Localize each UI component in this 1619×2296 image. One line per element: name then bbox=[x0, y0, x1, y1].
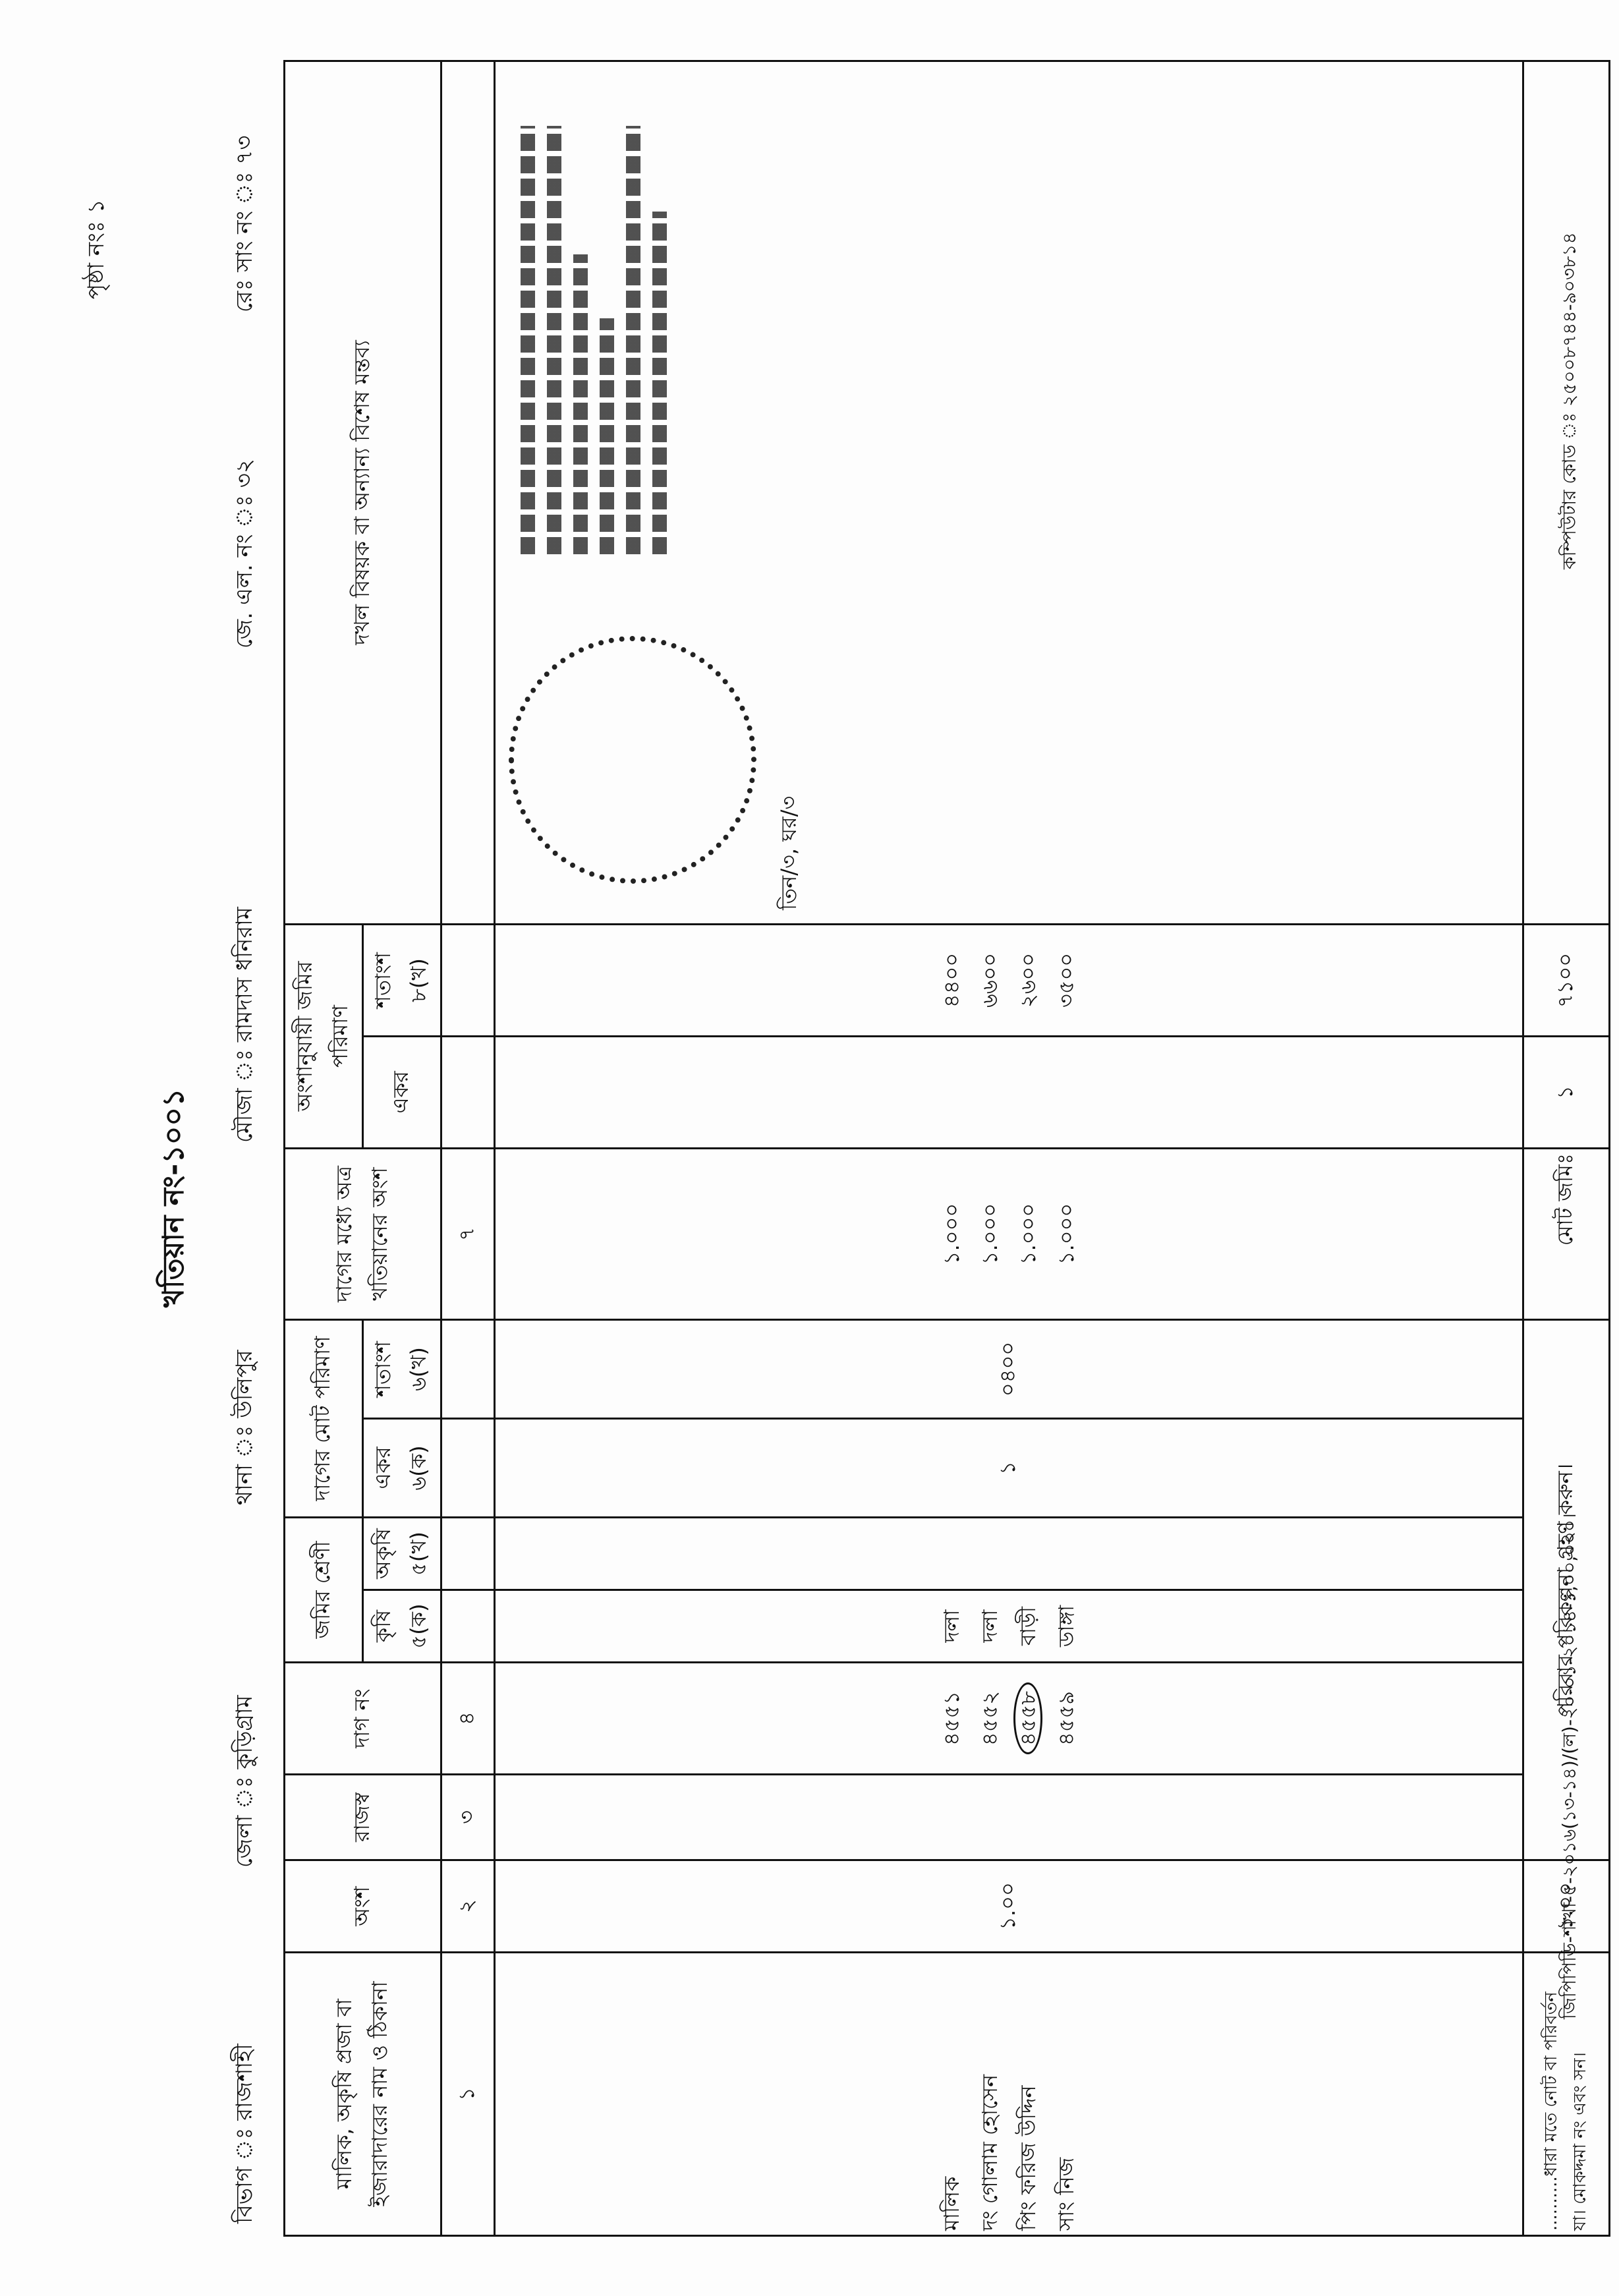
dag-share-value: ১.০০০ bbox=[1047, 1153, 1085, 1315]
land-class-value: বাড়ী bbox=[1009, 1595, 1047, 1657]
dag-total-decimal: ০৪০০ bbox=[991, 1325, 1027, 1414]
jl-number-field: জে. এল. নং ঃ ৩২ bbox=[227, 459, 265, 648]
colnum: ৪ bbox=[441, 1663, 495, 1775]
col-land-class: জমির শ্রেণী bbox=[285, 1517, 363, 1662]
col-nonagri: অকৃষি ৫(খ) bbox=[363, 1517, 441, 1590]
share-value: ১.০০ bbox=[991, 1865, 1027, 1947]
dag-number: ৪৫৫১ bbox=[932, 1667, 971, 1769]
dag-share-cell: ১.০০০১.০০০১.০০০১.০০০ bbox=[495, 1148, 1523, 1319]
remark-note: তিন/৩, ঘর/৩ bbox=[772, 796, 808, 910]
col-agri: কৃষি ৫(ক) bbox=[363, 1590, 441, 1663]
col-decimal-6kh: শতাংশ ৬(খ) bbox=[363, 1319, 441, 1418]
dag-total-acre: ১ bbox=[991, 1423, 1027, 1512]
colnum bbox=[441, 1418, 495, 1517]
computer-code: কম্পিউটার কোড ঃ ২৫০০৮৭৪৪-৯০৩৮১৪ bbox=[1555, 232, 1586, 569]
record-row: মালিক দং গোলাম হোসেন পিং ফরিজ উদ্দিন সাং… bbox=[495, 61, 1523, 2235]
decimal-value: ৬৬০০ bbox=[971, 929, 1009, 1031]
colnum bbox=[441, 1517, 495, 1590]
colnum bbox=[441, 1319, 495, 1418]
col-revenue: রাজস্ব bbox=[285, 1775, 441, 1860]
dag-total-acre-cell: ১ bbox=[495, 1418, 1523, 1517]
colnum: ৭ bbox=[441, 1148, 495, 1319]
colnum bbox=[441, 1590, 495, 1663]
land-class-value: দলা bbox=[971, 1595, 1009, 1657]
colnum bbox=[441, 1036, 495, 1148]
decimal-value: ৩৫০০ bbox=[1047, 929, 1085, 1031]
land-class-cell: দলাদলাবাড়ীডাঙ্গা bbox=[495, 1590, 1523, 1663]
col-remarks: দখল বিষয়ক বা অন্যান্য বিশেষ মন্তব্য bbox=[285, 61, 441, 924]
total-land-label: মোট জমিঃ bbox=[1523, 1148, 1610, 1319]
khatian-page: পৃষ্ঠা নংঃ ১ খতিয়ান নং-১০০১ বিভাগ ঃ রাজ… bbox=[0, 0, 1619, 2296]
acre-cell bbox=[495, 1036, 1523, 1148]
colnum: ৩ bbox=[441, 1775, 495, 1860]
colnum: ২ bbox=[441, 1860, 495, 1953]
land-class-value: ডাঙ্গা bbox=[1047, 1595, 1085, 1657]
header-row: মালিক, অকৃষি প্রজা বা ইজারাদারের নাম ও ঠ… bbox=[285, 61, 363, 2235]
document-title: খতিয়ান নং-১০০১ bbox=[152, 1088, 200, 1307]
dag-share-value: ১.০০০ bbox=[1009, 1153, 1047, 1315]
col-owner: মালিক, অকৃষি প্রজা বা ইজারাদারের নাম ও ঠ… bbox=[285, 1953, 441, 2236]
total-decimal: ৭১০০ bbox=[1523, 924, 1610, 1036]
dag-share-value: ১.০০০ bbox=[932, 1153, 971, 1315]
col-share: অংশ bbox=[285, 1860, 441, 1953]
decimal-value: ৪৪০০ bbox=[932, 929, 971, 1031]
dag-number: ৪৫৫৯ bbox=[1047, 1667, 1085, 1769]
district-field: জেলা ঃ কুড়িগ্রাম bbox=[227, 1695, 265, 1868]
decimal-cell: ৪৪০০৬৬০০২৬০০৩৫০০ bbox=[495, 924, 1523, 1036]
page-number: পৃষ্ঠা নংঃ ১ bbox=[79, 199, 117, 299]
total-acre: ১ bbox=[1523, 1036, 1610, 1148]
dag-cell: ৪৫৫১৪৫৫২৪৫৫৮৪৫৫৯ bbox=[495, 1663, 1523, 1775]
revenue-cell bbox=[495, 1775, 1523, 1860]
owner-name: দং গোলাম হোসেন bbox=[971, 1957, 1009, 2231]
dag-number: ৪৫৫৮ bbox=[1009, 1667, 1047, 1769]
thana-field: থানা ঃ উলিপুর bbox=[227, 1350, 265, 1505]
col-acre: একর bbox=[363, 1036, 441, 1148]
share-cell: ১.০০ bbox=[495, 1860, 1523, 1953]
owner-address: সাং নিজ bbox=[1047, 1957, 1085, 2231]
remarks-cell: তিন/৩, ঘর/৩ bbox=[495, 61, 1523, 924]
colnum bbox=[441, 61, 495, 924]
dag-total-decimal-cell: ০৪০০ bbox=[495, 1319, 1523, 1418]
dag-share-value: ১.০০০ bbox=[971, 1153, 1009, 1315]
khatian-table: মালিক, অকৃষি প্রজা বা ইজারাদারের নাম ও ঠ… bbox=[283, 60, 1610, 2237]
col-decimal-8kh: শতাংশ ৮(খ) bbox=[363, 924, 441, 1036]
colnum bbox=[441, 924, 495, 1036]
col-dag-total: দাগের মোট পরিমাণ bbox=[285, 1319, 363, 1517]
land-class-value: দলা bbox=[932, 1595, 971, 1657]
print-code: জিপিপিডি-শাখা-৫-২০১৬(১৩-১৪)/(ল)-২০-০১-২০… bbox=[1555, 1513, 1586, 2019]
owner-label: মালিক bbox=[932, 1957, 971, 2231]
owner-cell: মালিক দং গোলাম হোসেন পিং ফরিজ উদ্দিন সাং… bbox=[495, 1953, 1523, 2236]
col-acre-6k: একর ৬(ক) bbox=[363, 1418, 441, 1517]
colnum: ১ bbox=[441, 1953, 495, 2236]
nonagri-cell bbox=[495, 1517, 1523, 1590]
division-field: বিভাগ ঃ রাজশাহী bbox=[227, 2044, 265, 2224]
official-seal-stamp bbox=[509, 636, 756, 884]
signature-block bbox=[509, 126, 679, 554]
re-sa-number-field: রেঃ সাং নং ঃ ৭৩ bbox=[227, 135, 265, 312]
col-proportional: অংশানুযায়ী জমির পরিমাণ bbox=[285, 924, 363, 1148]
owner-father: পিং ফরিজ উদ্দিন bbox=[1009, 1957, 1047, 2231]
decimal-value: ২৬০০ bbox=[1009, 929, 1047, 1031]
col-dag-no: দাগ নং bbox=[285, 1663, 441, 1775]
col-dag-share: দাগের মধ্যে অত্র খতিয়ানের অংশ bbox=[285, 1148, 441, 1319]
mouza-field: মৌজা ঃ রামদাস ধনিরাম bbox=[227, 907, 265, 1143]
column-number-row: ১ ২ ৩ ৪ ৭ bbox=[441, 61, 495, 2235]
dag-number: ৪৫৫২ bbox=[971, 1667, 1009, 1769]
